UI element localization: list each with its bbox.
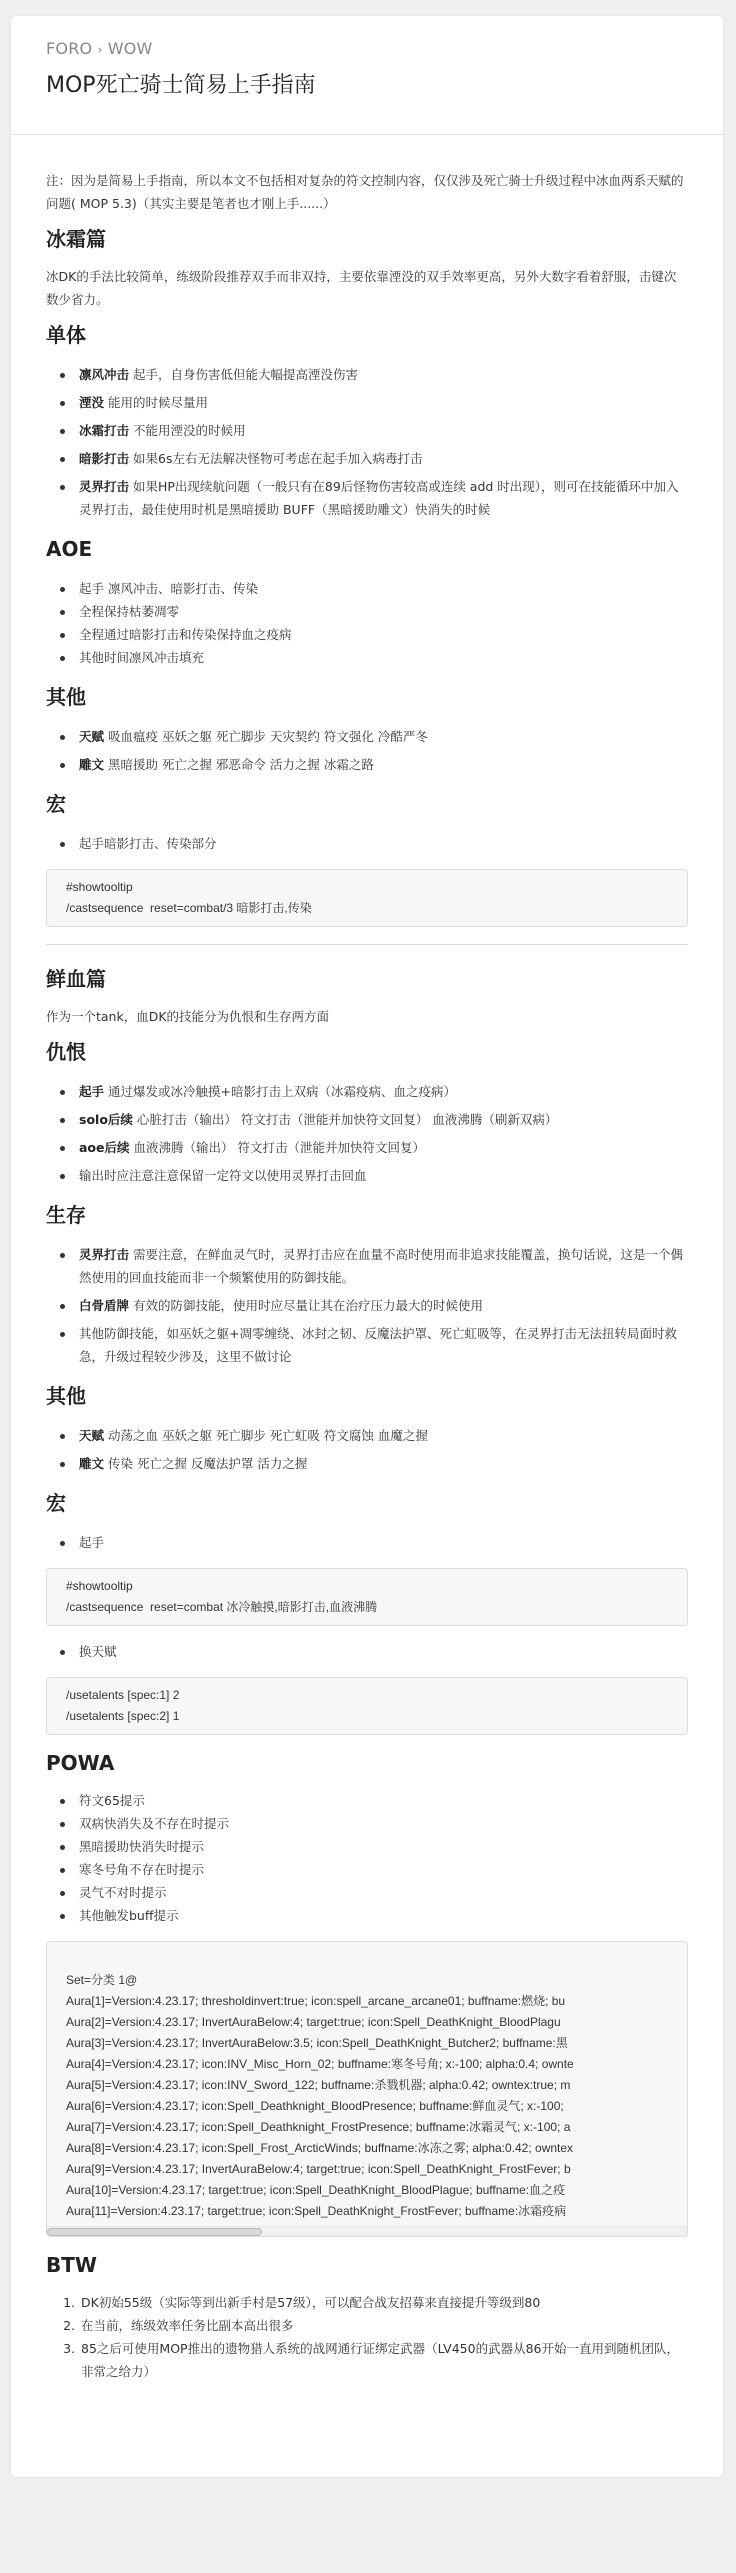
code-line: Aura[2]=Version:4.23.17; InvertAuraBelow… [66, 2012, 668, 2033]
frost-single-list: 凛风冲击 起手，自身伤害低但能大幅提高湮没伤害 湮没 能用的时候尽量用 冰霜打击… [46, 363, 688, 521]
skill-name: 起手 [79, 1084, 104, 1099]
subheading-single-target: 单体 [46, 321, 688, 349]
list-item: 寒冬号角不存在时提示 [79, 1858, 688, 1881]
skill-desc: 其他防御技能，如巫妖之躯+凋零缠绕、冰封之韧、反魔法护罩、死亡虹吸等，在灵界打击… [79, 1326, 677, 1364]
skill-desc: 如果HP出现续航问题（一般只有在89后怪物伤害较高或连续 add 时出现），则可… [79, 479, 679, 517]
skill-name: 白骨盾牌 [79, 1298, 129, 1313]
frost-other-list: 天赋 吸血瘟疫 巫妖之躯 死亡脚步 天灾契约 符文强化 冷酷严冬 雕文 黑暗援助… [46, 725, 688, 776]
code-block-spec-swap-macro[interactable]: /usetalents [spec:1] 2/usetalents [spec:… [46, 1677, 688, 1735]
section-heading-powa: POWA [46, 1749, 688, 1777]
skill-desc: 起手，自身伤害低但能大幅提高湮没伤害 [129, 367, 358, 382]
list-item: 凛风冲击 起手，自身伤害低但能大幅提高湮没伤害 [79, 363, 688, 386]
label-glyphs: 雕文 [79, 1456, 104, 1471]
subheading-aoe: AOE [46, 535, 688, 563]
horizontal-scrollbar[interactable] [47, 2226, 687, 2236]
list-item: 黑暗援助快消失时提示 [79, 1835, 688, 1858]
list-item: 其他触发buff提示 [79, 1904, 688, 1927]
blood-threat-list: 起手 通过爆发或冰冷触摸+暗影打击上双病（冰霜疫病、血之疫病） solo后续 心… [46, 1080, 688, 1187]
section-heading-frost: 冰霜篇 [46, 225, 688, 253]
code-line: Aura[11]=Version:4.23.17; target:true; i… [66, 2201, 668, 2222]
code-block-blood-start-macro[interactable]: #showtooltip/castsequence reset=combat 冰… [46, 1568, 688, 1626]
blood-survival-list: 灵界打击 需要注意，在鲜血灵气时，灵界打击应在血量不高时使用而非追求技能覆盖，换… [46, 1243, 688, 1368]
list-item: 灵界打击 如果HP出现续航问题（一般只有在89后怪物伤害较高或连续 add 时出… [79, 475, 688, 521]
code-line: Aura[8]=Version:4.23.17; icon:Spell_Fros… [66, 2138, 668, 2159]
code-line: Aura[4]=Version:4.23.17; icon:INV_Misc_H… [66, 2054, 668, 2075]
list-item: 在当前，练级效率任务比副本高出很多 [79, 2314, 688, 2337]
list-item: 全程通过暗影打击和传染保持血之疫病 [79, 623, 688, 646]
list-item: 符文65提示 [79, 1789, 688, 1812]
list-item: 起手 通过爆发或冰冷触摸+暗影打击上双病（冰霜疫病、血之疫病） [79, 1080, 688, 1103]
list-item: 输出时应注意注意保留一定符文以使用灵界打击回血 [79, 1164, 688, 1187]
list-item: 冰霜打击 不能用湮没的时候用 [79, 419, 688, 442]
frost-aoe-list: 起手 凛风冲击、暗影打击、传染 全程保持枯萎凋零 全程通过暗影打击和传染保持血之… [46, 577, 688, 669]
subheading-other: 其他 [46, 683, 688, 711]
talents-value: 动荡之血 巫妖之躯 死亡脚步 死亡虹吸 符文腐蚀 血魔之握 [104, 1428, 428, 1443]
frost-macro-list: 起手暗影打击、传染部分 [46, 832, 688, 855]
skill-name: solo后续 [79, 1112, 133, 1127]
scrollbar-thumb[interactable] [47, 2228, 262, 2236]
code-line: Aura[1]=Version:4.23.17; thresholdinvert… [66, 1991, 668, 2012]
subheading-macro: 宏 [46, 1489, 688, 1517]
list-item: 起手暗影打击、传染部分 [79, 832, 688, 855]
list-item: 其他防御技能，如巫妖之躯+凋零缠绕、冰封之韧、反魔法护罩、死亡虹吸等，在灵界打击… [79, 1322, 688, 1368]
skill-name: aoe后续 [79, 1140, 130, 1155]
skill-desc: 不能用湮没的时候用 [129, 423, 245, 438]
list-item: 雕文 黑暗援助 死亡之握 邪恶命令 活力之握 冰霜之路 [79, 753, 688, 776]
skill-name: 冰霜打击 [79, 423, 129, 438]
code-line: /castsequence reset=combat 冰冷触摸,暗影打击,血液沸… [66, 1597, 668, 1618]
section-divider [46, 944, 688, 945]
skill-name: 灵界打击 [79, 479, 129, 494]
list-item: 天赋 动荡之血 巫妖之躯 死亡脚步 死亡虹吸 符文腐蚀 血魔之握 [79, 1424, 688, 1447]
blood-macro-list: 起手 [46, 1531, 688, 1554]
blood-spec-list: 换天赋 [46, 1640, 688, 1663]
skill-name: 灵界打击 [79, 1247, 129, 1262]
list-item: 换天赋 [79, 1640, 688, 1663]
section-heading-blood: 鲜血篇 [46, 965, 688, 993]
skill-desc: 如果6s左右无法解决怪物可考虑在起手加入病毒打击 [129, 451, 422, 466]
list-item: 85之后可使用MOP推出的遗物猎人系统的战网通行证绑定武器（LV450的武器从8… [79, 2337, 688, 2383]
breadcrumb-separator-icon: › [97, 43, 102, 58]
article-card: FORO›WOW MOP死亡骑士简易上手指南 注：因为是简易上手指南，所以本文不… [11, 16, 723, 2477]
list-item: 其他时间凛风冲击填充 [79, 646, 688, 669]
code-line: Aura[10]=Version:4.23.17; target:true; i… [66, 2180, 668, 2201]
glyphs-value: 传染 死亡之握 反魔法护罩 活力之握 [104, 1456, 307, 1471]
label-talents: 天赋 [79, 1428, 104, 1443]
article-body: 注：因为是简易上手指南，所以本文不包括相对复杂的符文控制内容，仅仅涉及死亡骑士升… [11, 135, 723, 2383]
code-line: /usetalents [spec:2] 1 [66, 1706, 668, 1727]
list-item: solo后续 心脏打击（输出） 符文打击（泄能并加快符文回复） 血液沸腾（刷新双… [79, 1108, 688, 1131]
code-block-frost-macro[interactable]: #showtooltip/castsequence reset=combat/3… [46, 869, 688, 927]
list-item: 起手 凛风冲击、暗影打击、传染 [79, 577, 688, 600]
btw-list: DK初始55级（实际等到出新手村是57级），可以配合战友招募来直接提升等级到80… [46, 2291, 688, 2383]
label-talents: 天赋 [79, 729, 104, 744]
skill-desc: 血液沸腾（输出） 符文打击（泄能并加快符文回复） [130, 1140, 425, 1155]
code-line: Aura[3]=Version:4.23.17; InvertAuraBelow… [66, 2033, 668, 2054]
intro-note: 注：因为是简易上手指南，所以本文不包括相对复杂的符文控制内容，仅仅涉及死亡骑士升… [46, 169, 688, 215]
skill-desc: 有效的防御技能，使用时应尽量让其在治疗压力最大的时候使用 [129, 1298, 483, 1313]
skill-name: 暗影打击 [79, 451, 129, 466]
code-block-powa-strings[interactable]: Set=分类 1@Aura[1]=Version:4.23.17; thresh… [46, 1941, 688, 2237]
skill-desc: 心脏打击（输出） 符文打击（泄能并加快符文回复） 血液沸腾（刷新双病） [133, 1112, 557, 1127]
list-item: 白骨盾牌 有效的防御技能，使用时应尽量让其在治疗压力最大的时候使用 [79, 1294, 688, 1317]
code-line: /castsequence reset=combat/3 暗影打击,传染 [66, 898, 668, 919]
powa-list: 符文65提示 双病快消失及不存在时提示 黑暗援助快消失时提示 寒冬号角不存在时提… [46, 1789, 688, 1927]
talents-value: 吸血瘟疫 巫妖之躯 死亡脚步 天灾契约 符文强化 冷酷严冬 [104, 729, 428, 744]
subheading-threat: 仇恨 [46, 1038, 688, 1066]
label-glyphs: 雕文 [79, 757, 104, 772]
code-line: Set=分类 1@ [66, 1970, 668, 1991]
glyphs-value: 黑暗援助 死亡之握 邪恶命令 活力之握 冰霜之路 [104, 757, 374, 772]
list-item: 雕文 传染 死亡之握 反魔法护罩 活力之握 [79, 1452, 688, 1475]
code-line: Aura[7]=Version:4.23.17; icon:Spell_Deat… [66, 2117, 668, 2138]
breadcrumb-item-wow[interactable]: WOW [108, 39, 153, 58]
subheading-survival: 生存 [46, 1201, 688, 1229]
page-title: MOP死亡骑士简易上手指南 [46, 71, 688, 101]
section-heading-btw: BTW [46, 2251, 688, 2279]
code-line: #showtooltip [66, 877, 668, 898]
code-line: /usetalents [spec:1] 2 [66, 1685, 668, 1706]
skill-desc: 能用的时候尽量用 [104, 395, 208, 410]
skill-name: 湮没 [79, 395, 104, 410]
list-item: 灵界打击 需要注意，在鲜血灵气时，灵界打击应在血量不高时使用而非追求技能覆盖，换… [79, 1243, 688, 1289]
code-line: Aura[5]=Version:4.23.17; icon:INV_Sword_… [66, 2075, 668, 2096]
breadcrumb-item-foro[interactable]: FORO [46, 39, 92, 58]
subheading-macro: 宏 [46, 790, 688, 818]
list-item: 全程保持枯萎凋零 [79, 600, 688, 623]
skill-desc: 通过爆发或冰冷触摸+暗影打击上双病（冰霜疫病、血之疫病） [104, 1084, 456, 1099]
code-line: Aura[9]=Version:4.23.17; InvertAuraBelow… [66, 2159, 668, 2180]
skill-desc: 输出时应注意注意保留一定符文以使用灵界打击回血 [79, 1168, 367, 1183]
code-line: Aura[6]=Version:4.23.17; icon:Spell_Deat… [66, 2096, 668, 2117]
list-item: 起手 [79, 1531, 688, 1554]
breadcrumb: FORO›WOW [46, 38, 688, 62]
article-header: FORO›WOW MOP死亡骑士简易上手指南 [11, 16, 723, 135]
blood-other-list: 天赋 动荡之血 巫妖之躯 死亡脚步 死亡虹吸 符文腐蚀 血魔之握 雕文 传染 死… [46, 1424, 688, 1475]
skill-desc: 需要注意，在鲜血灵气时，灵界打击应在血量不高时使用而非追求技能覆盖，换句话说，这… [79, 1247, 683, 1285]
list-item: DK初始55级（实际等到出新手村是57级），可以配合战友招募来直接提升等级到80 [79, 2291, 688, 2314]
list-item: 暗影打击 如果6s左右无法解决怪物可考虑在起手加入病毒打击 [79, 447, 688, 470]
code-line: #showtooltip [66, 1576, 668, 1597]
list-item: 灵气不对时提示 [79, 1881, 688, 1904]
list-item: aoe后续 血液沸腾（输出） 符文打击（泄能并加快符文回复） [79, 1136, 688, 1159]
blood-description: 作为一个tank，血DK的技能分为仇恨和生存两方面 [46, 1005, 688, 1028]
subheading-other: 其他 [46, 1382, 688, 1410]
frost-description: 冰DK的手法比较简单，练级阶段推荐双手而非双持，主要依靠湮没的双手效率更高，另外… [46, 265, 688, 311]
list-item: 天赋 吸血瘟疫 巫妖之躯 死亡脚步 天灾契约 符文强化 冷酷严冬 [79, 725, 688, 748]
list-item: 湮没 能用的时候尽量用 [79, 391, 688, 414]
list-item: 双病快消失及不存在时提示 [79, 1812, 688, 1835]
skill-name: 凛风冲击 [79, 367, 129, 382]
